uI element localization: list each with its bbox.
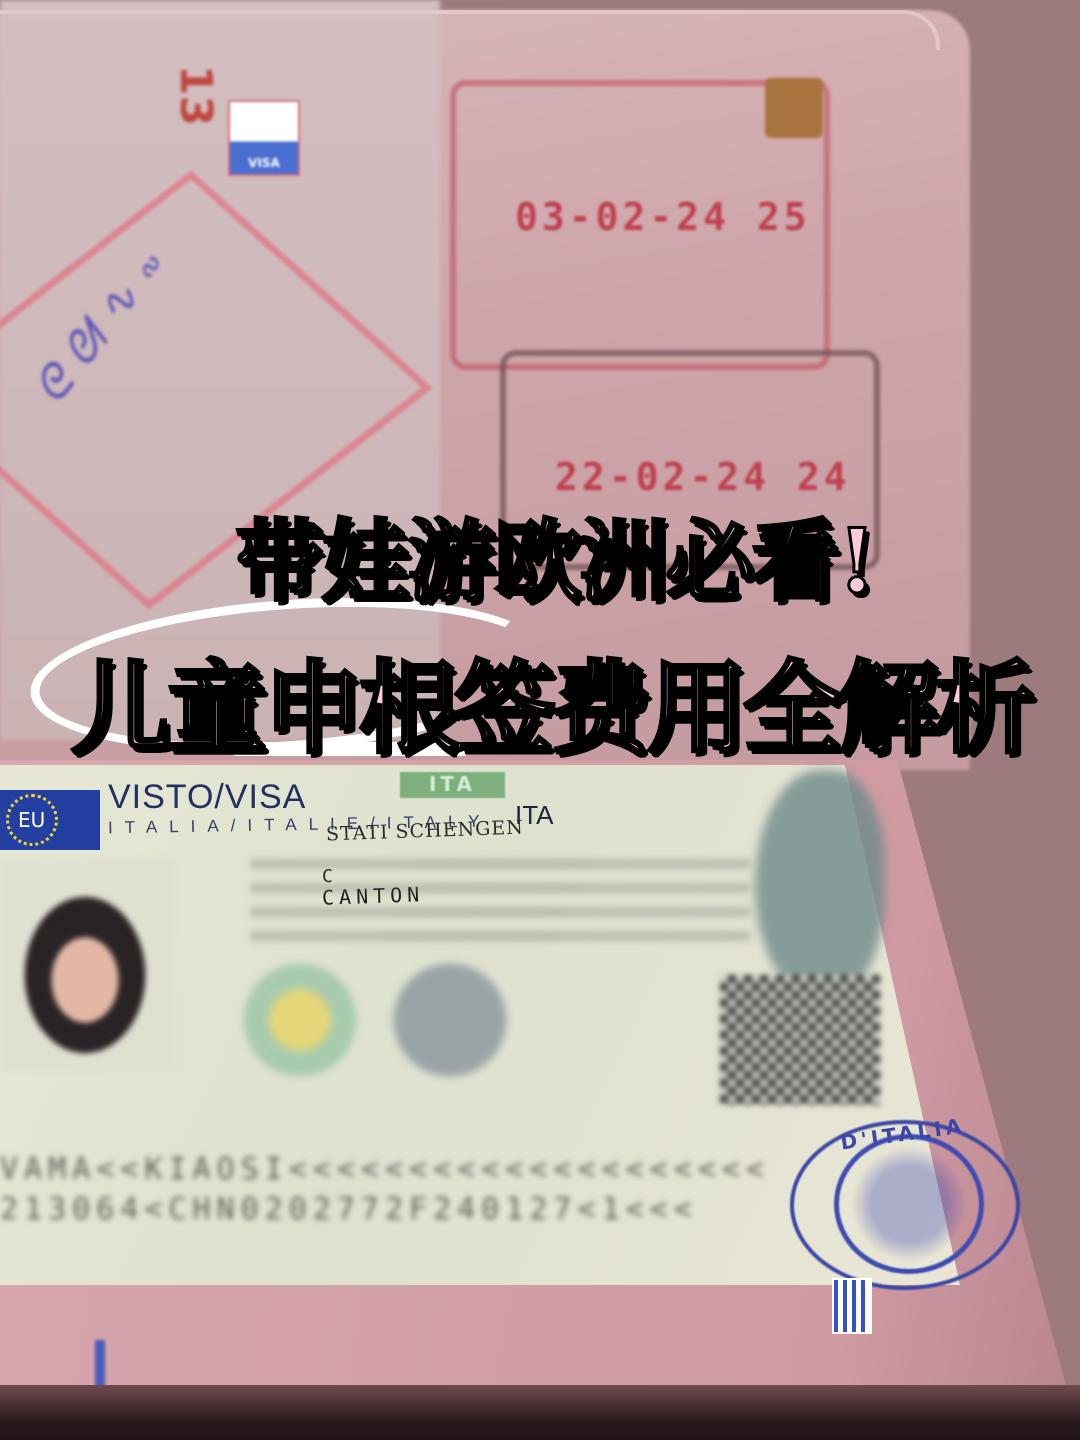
passport-spine-shadow <box>0 1385 1080 1440</box>
mrz-line-2: 213064<CHN0202772F240127<1<<< <box>0 1192 698 1227</box>
mrz-line-1: VAMA<<KIAOSI<<<<<<<<<<<<<<<<<<<< <box>0 1152 770 1187</box>
page-edge <box>0 10 940 50</box>
eu-flag-icon: EU <box>0 790 100 850</box>
visa-title: VISTO/VISA <box>108 778 306 817</box>
page-number: 13 <box>170 65 221 126</box>
visa-hologram <box>210 960 510 1080</box>
flag-sticker <box>832 1278 872 1334</box>
visa-security-print <box>755 770 885 1000</box>
holder-photo <box>0 860 175 1070</box>
small-visa-sticker: VISA <box>228 100 300 176</box>
stamp-date-1: 03-02-24 25 <box>515 195 811 239</box>
ita-watermark: ITA <box>400 772 505 798</box>
machine-readable-zone: VAMA<<KIAOSI<<<<<<<<<<<<<<<<<<<< 213064<… <box>0 1150 770 1230</box>
gold-sticker <box>765 78 823 138</box>
blurred-personal-data <box>250 860 750 940</box>
headline-line-2: 儿童申根签费用全解析 <box>0 628 1080 772</box>
headline-line-1: 带娃游欧洲必看! <box>0 492 1080 618</box>
visa-barcode <box>720 975 880 1105</box>
